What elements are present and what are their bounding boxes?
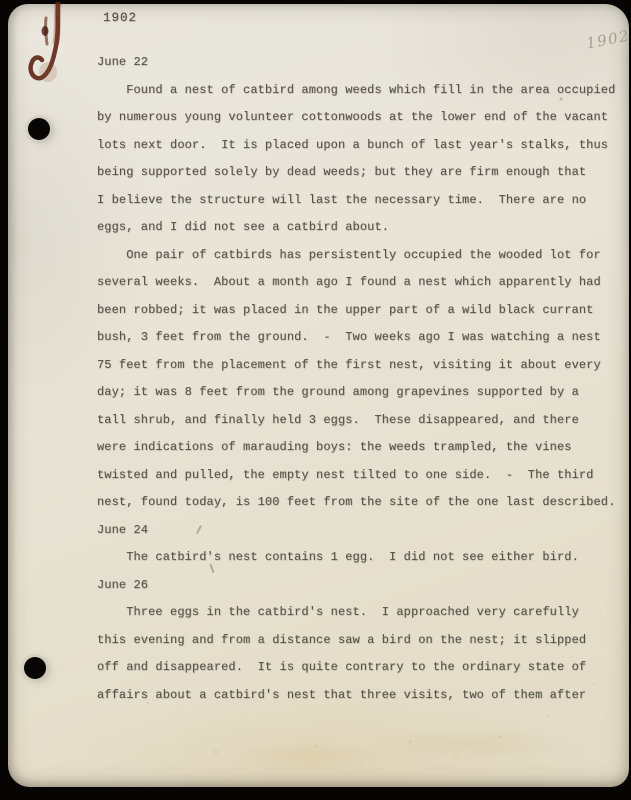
typed-line: 75 feet from the placement of the first … bbox=[97, 352, 622, 380]
typed-line: Three eggs in the catbird's nest. I appr… bbox=[97, 599, 622, 627]
typed-line: bush, 3 feet from the ground. - Two week… bbox=[97, 324, 622, 352]
typed-line: by numerous young volunteer cottonwoods … bbox=[97, 104, 622, 132]
journal-text: June 22 Found a nest of catbird among we… bbox=[97, 49, 622, 709]
typed-line: I believe the structure will last the ne… bbox=[97, 187, 622, 215]
typed-line: affairs about a catbird's nest that thre… bbox=[97, 682, 622, 710]
typed-line: nest, found today, is 100 feet from the … bbox=[97, 489, 622, 517]
punch-hole-bottom bbox=[24, 657, 46, 679]
document-page: 1902 1902 June 22 Found a nest of catbir… bbox=[8, 4, 629, 787]
typed-line: Found a nest of catbird among weeds whic… bbox=[97, 77, 622, 105]
typed-line: day; it was 8 feet from the ground among… bbox=[97, 379, 622, 407]
typed-line: lots next door. It is placed upon a bunc… bbox=[97, 132, 622, 160]
typed-year-label: 1902 bbox=[103, 11, 137, 25]
typed-line: this evening and from a distance saw a b… bbox=[97, 627, 622, 655]
typed-line: The catbird's nest contains 1 egg. I did… bbox=[97, 544, 622, 572]
punch-hole-top bbox=[28, 118, 50, 140]
typed-line: were indications of marauding boys: the … bbox=[97, 434, 622, 462]
typed-line: several weeks. About a month ago I found… bbox=[97, 269, 622, 297]
typed-line: eggs, and I did not see a catbird about. bbox=[97, 214, 622, 242]
scan-background: 1902 1902 June 22 Found a nest of catbir… bbox=[0, 0, 631, 800]
typed-line: tall shrub, and finally held 3 eggs. The… bbox=[97, 407, 622, 435]
typed-line: off and disappeared. It is quite contrar… bbox=[97, 654, 622, 682]
typed-line: June 22 bbox=[97, 49, 622, 77]
typed-line: June 24 bbox=[97, 517, 622, 545]
typed-line: June 26 bbox=[97, 572, 622, 600]
typed-line: One pair of catbirds has persistently oc… bbox=[97, 242, 622, 270]
typed-line: being supported solely by dead weeds; bu… bbox=[97, 159, 622, 187]
typed-line: twisted and pulled, the empty nest tilte… bbox=[97, 462, 622, 490]
typed-line: been robbed; it was placed in the upper … bbox=[97, 297, 622, 325]
rust-stain bbox=[18, 2, 78, 106]
